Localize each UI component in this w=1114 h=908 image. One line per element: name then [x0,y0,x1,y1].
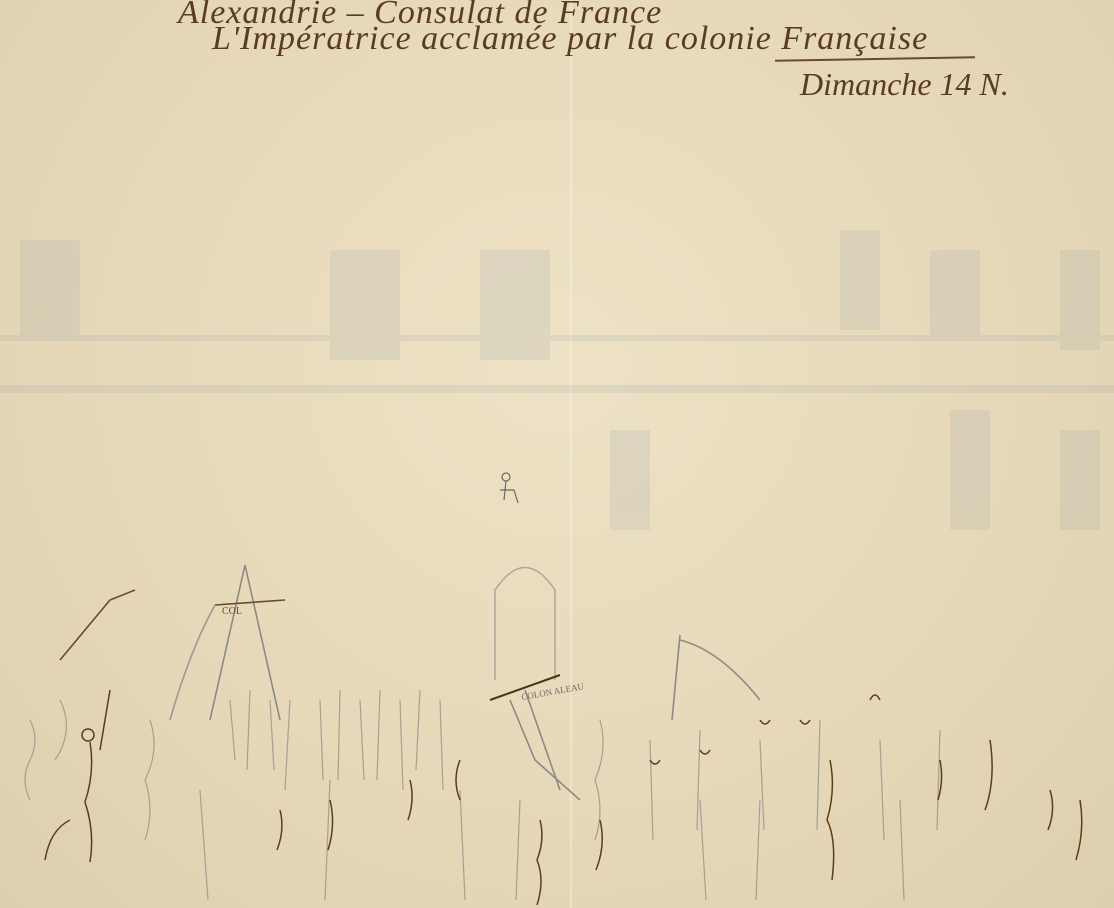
balcony-figure [500,473,518,503]
svg-text:COLON ALEAU: COLON ALEAU [521,681,586,702]
crowd-pencil [25,690,940,900]
crowd-sketch: COL COLON ALEAU [0,0,1114,908]
svg-text:COL: COL [222,606,242,617]
doorway-arch [495,568,555,681]
